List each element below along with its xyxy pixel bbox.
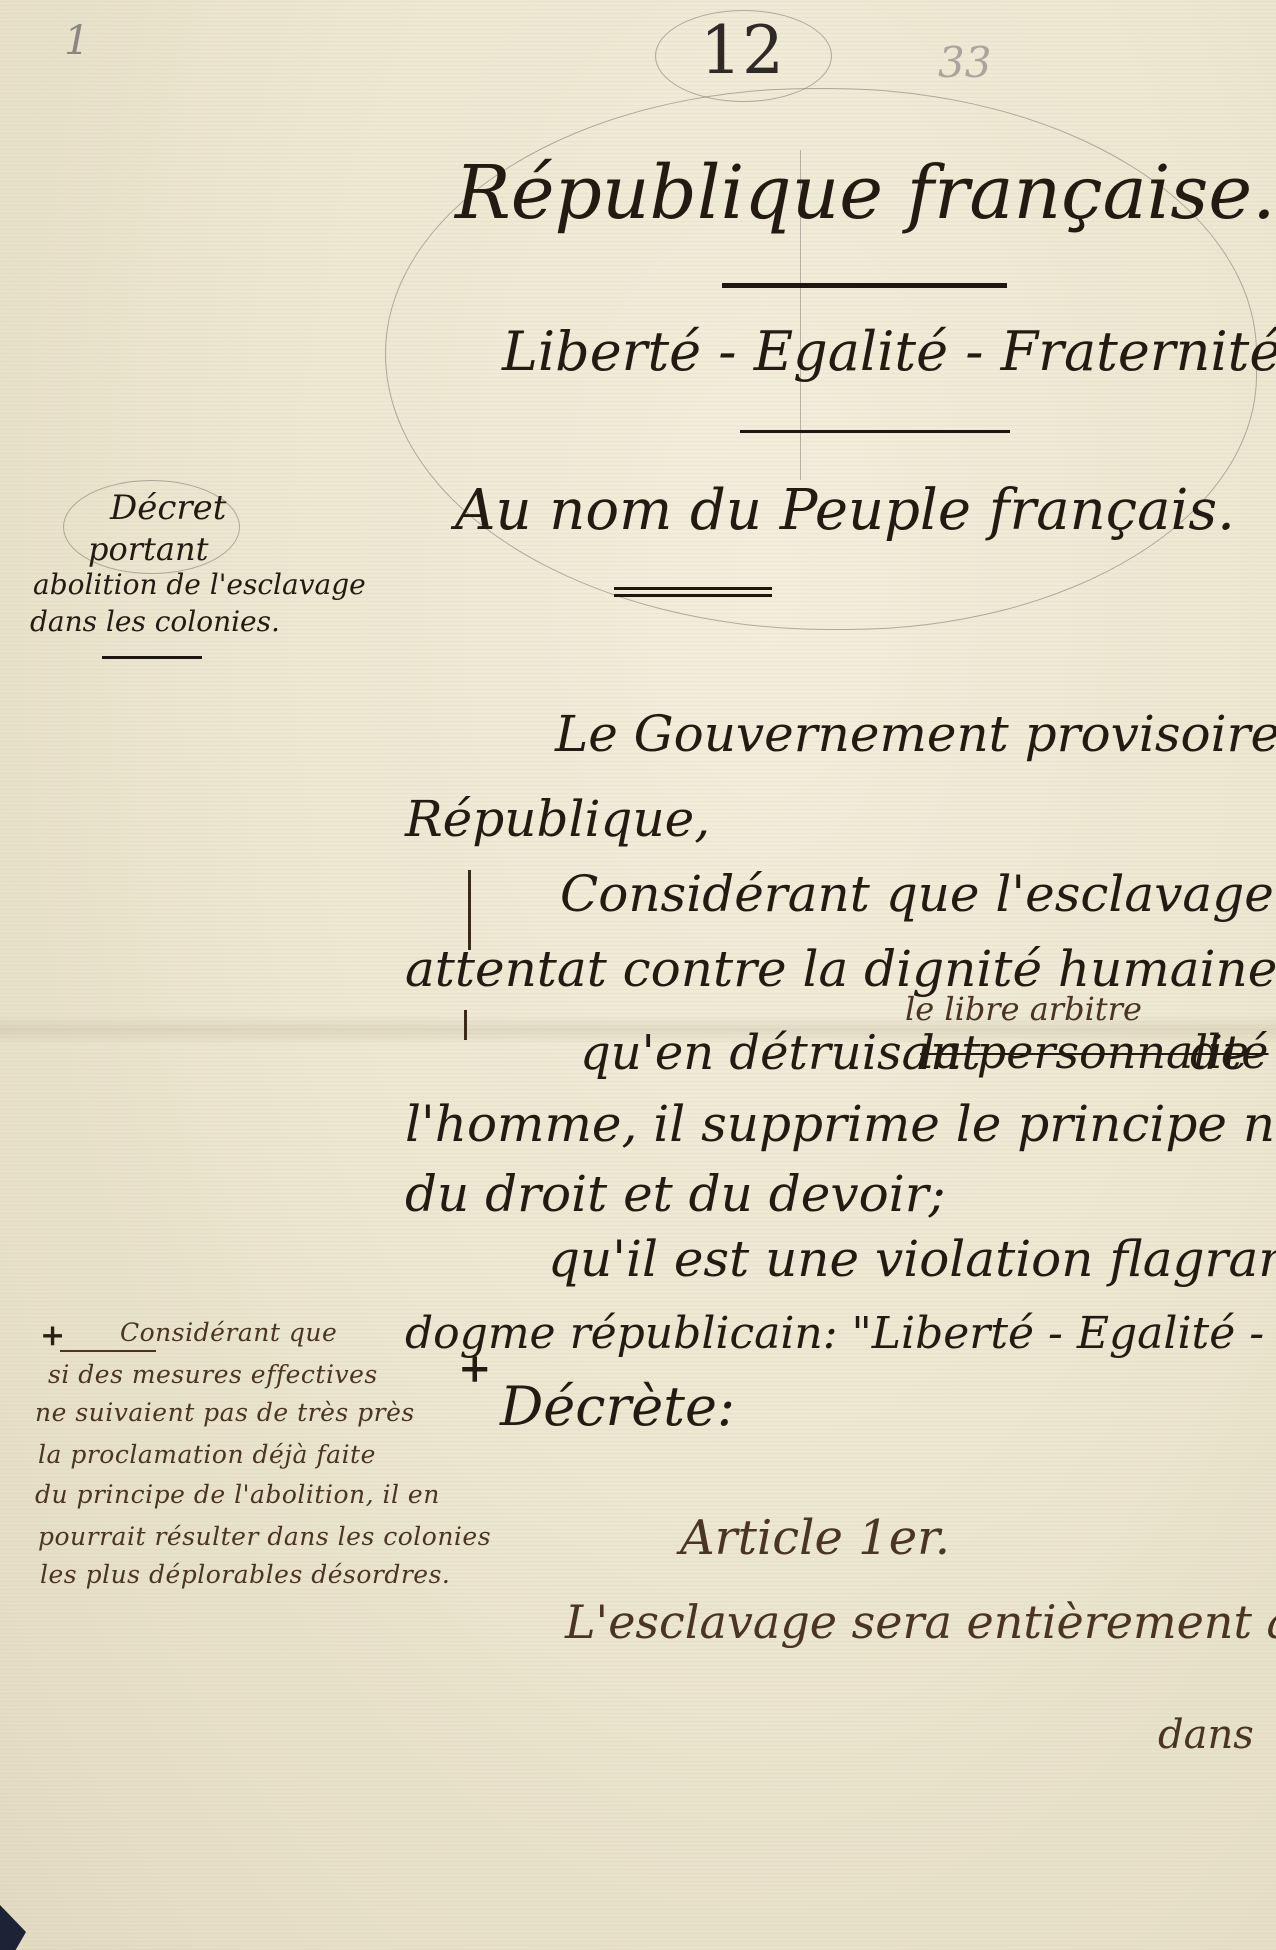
catchword: dans bbox=[1158, 1712, 1254, 1758]
body-line-8: qu'il est une violation flagrante du bbox=[548, 1230, 1276, 1288]
invocation-double-rule-bottom bbox=[614, 594, 772, 597]
margin-annotation-bracket bbox=[60, 1350, 156, 1352]
margin-title-underline bbox=[102, 656, 202, 659]
body-line-1: Le Gouvernement provisoire de la bbox=[555, 705, 1276, 763]
article-heading: Article 1er. bbox=[680, 1510, 950, 1566]
insertion-above-line: le libre arbitre bbox=[905, 990, 1142, 1028]
margin-annotation-line-5: du principe de l'abolition, il en bbox=[35, 1480, 440, 1509]
article-text: L'esclavage sera entièrement aboli bbox=[565, 1595, 1276, 1649]
invocation-double-rule-top bbox=[614, 587, 772, 590]
margin-annotation-line-2: si des mesures effectives bbox=[48, 1360, 378, 1389]
insert-mark: + bbox=[458, 1345, 492, 1392]
body-line-3: Considérant que l'esclavage est un bbox=[560, 865, 1276, 923]
margin-annotation-line-1: Considérant que bbox=[120, 1318, 337, 1347]
margin-title-line3: abolition de l'esclavage bbox=[33, 568, 366, 601]
pencil-corner-number: 1 bbox=[64, 18, 89, 64]
margin-annotation-line-6: pourrait résulter dans les colonies bbox=[38, 1522, 491, 1551]
body-line-4: attentat contre la dignité humaine; bbox=[405, 940, 1276, 998]
title-underline bbox=[722, 283, 1007, 288]
margin-annotation-line-4: la proclamation déjà faite bbox=[38, 1440, 376, 1469]
body-line-7: du droit et du devoir; bbox=[405, 1165, 945, 1223]
margin-title-line4: dans les colonies. bbox=[30, 605, 280, 638]
margin-title-line2: portant bbox=[88, 530, 208, 568]
header-invocation: Au nom du Peuple français. bbox=[455, 478, 1235, 543]
body-line-10: Décrète: bbox=[500, 1375, 735, 1438]
margin-title-line1: Décret bbox=[110, 488, 226, 528]
header-motto: Liberté - Egalité - Fraternité. bbox=[502, 320, 1276, 383]
body-line-6: l'homme, il supprime le principe naturel bbox=[405, 1095, 1276, 1153]
body-line-5-end: de bbox=[1190, 1025, 1249, 1081]
margin-annotation-line-3: ne suivaient pas de très près bbox=[35, 1398, 415, 1427]
folio-number: 12 bbox=[700, 12, 784, 89]
body-line-9: dogme républicain: "Liberté - Egalité - … bbox=[405, 1308, 1276, 1359]
margin-tick-1 bbox=[468, 870, 471, 950]
archive-number: 33 bbox=[938, 38, 991, 87]
motto-underline bbox=[740, 430, 1010, 433]
body-line-2: République, bbox=[405, 790, 710, 848]
header-title: République française. bbox=[455, 150, 1276, 236]
margin-annotation-mark: + bbox=[40, 1318, 66, 1353]
margin-annotation-line-7: les plus déplorables désordres. bbox=[40, 1560, 450, 1589]
margin-tick-2 bbox=[464, 1010, 467, 1040]
